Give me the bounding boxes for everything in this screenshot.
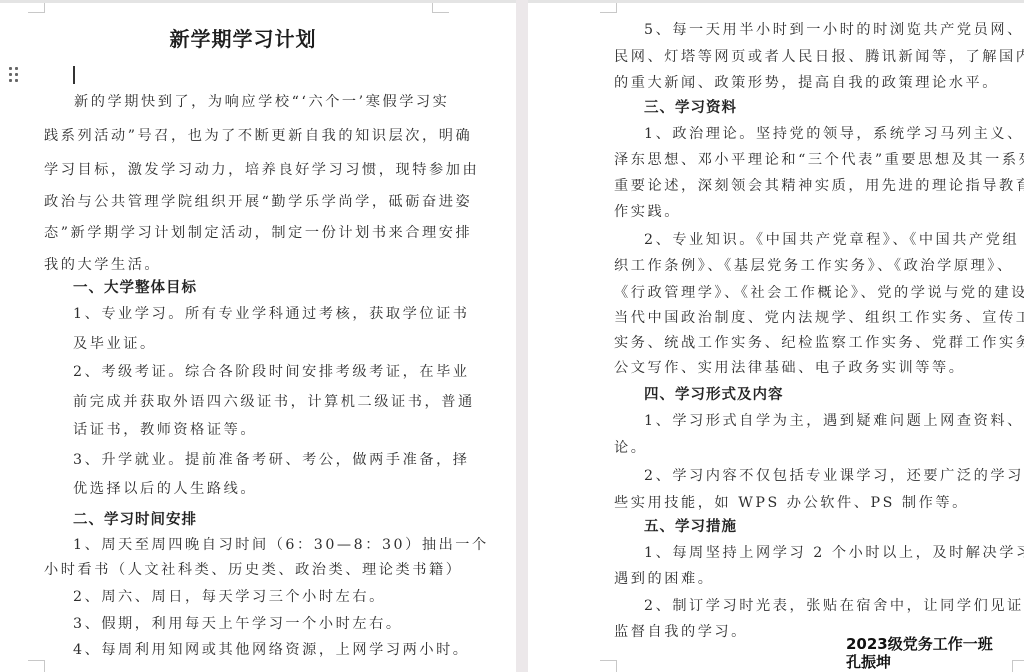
measures-line: 2、制订学习时光表，张贴在宿舍中，让同学们见证、	[644, 595, 1024, 615]
section-heading-materials: 三、学习资料	[644, 96, 737, 117]
materials-line: 重要论述，深刻领会其精神实质，用先进的理论指导教育工	[614, 175, 1024, 195]
schedule-line: 小时看书（人文社科类、历史类、政治类、理论类书籍）	[44, 559, 462, 579]
schedule-line: 的重大新闻、政策形势，提高自我的政策理论水平。	[614, 72, 999, 92]
intro-paragraph-line: 政治与公共管理学院组织开展“勤学乐学尚学，砥砺奋进姿	[44, 191, 472, 211]
schedule-line: 4、每周利用知网或其他网络资源，上网学习两小时。	[73, 639, 470, 659]
section-heading-goals: 一、大学整体目标	[73, 276, 197, 297]
materials-line: 泽东思想、邓小平理论和“三个代表”重要思想及其一系列	[614, 149, 1024, 169]
intro-paragraph-line: 我的大学生活。	[44, 254, 161, 274]
document-page-2[interactable]: 5、每一天用半小时到一小时的时浏览共产党员网、人 民网、灯塔等网页或者人民日报、…	[528, 3, 1024, 672]
materials-line: 公文写作、实用法律基础、电子政务实训等等。	[614, 357, 966, 377]
intro-paragraph-line: 新的学期快到了，为响应学校“‘六个一’寒假学习实	[74, 91, 449, 111]
goals-line: 1、专业学习。所有专业学科通过考核，获取学位证书	[73, 303, 470, 323]
materials-line: 《行政管理学》、《社会工作概论》、党的学说与党的建设、	[614, 282, 1024, 302]
format-line: 1、学习形式自学为主，遇到疑难问题上网查资料、讨	[644, 410, 1024, 430]
schedule-line: 3、假期，利用每天上午学习一个小时左右。	[73, 613, 403, 633]
intro-paragraph-line: 践系列活动”号召，也为了不断更新自我的知识层次，明确	[44, 125, 472, 145]
signature-name: 孔振坤	[846, 653, 891, 671]
intro-paragraph-line: 学习目标，激发学习动力，培养良好学习习惯，现特参加由	[44, 159, 479, 179]
section-heading-schedule: 二、学习时间安排	[73, 508, 197, 529]
margin-corner-mark	[28, 3, 45, 13]
margin-corner-mark	[28, 660, 45, 672]
document-page-1[interactable]: 新学期学习计划 新的学期快到了，为响应学校“‘六个一’寒假学习实 践系列活动”号…	[0, 3, 516, 672]
signature-class: 2023级党务工作一班	[846, 635, 993, 653]
margin-corner-mark	[600, 3, 617, 13]
goals-line: 优选择以后的人生路线。	[73, 478, 257, 498]
format-line: 论。	[614, 437, 647, 457]
schedule-line: 民网、灯塔等网页或者人民日报、腾讯新闻等，了解国内外	[614, 46, 1024, 66]
measures-line: 1、每周坚持上网学习 2 个小时以上，及时解决学习中	[644, 542, 1024, 562]
goals-line: 及毕业证。	[73, 333, 157, 353]
materials-line: 实务、统战工作实务、纪检监察工作实务、党群工作实务、	[614, 332, 1024, 352]
goals-line: 前完成并获取外语四六级证书，计算机二级证书，普通	[73, 391, 475, 411]
margin-corner-mark	[1012, 660, 1024, 672]
materials-line: 作实践。	[614, 201, 681, 221]
materials-line: 织工作条例》、《基层党务工作实务》、《政治学原理》、	[614, 255, 1014, 275]
section-heading-format: 四、学习形式及内容	[644, 383, 784, 404]
measures-line: 监督自我的学习。	[614, 621, 748, 641]
goals-line: 话证书，教师资格证等。	[73, 419, 257, 439]
format-line: 2、学习内容不仅包括专业课学习，还要广泛的学习一	[644, 465, 1024, 485]
format-line: 些实用技能，如 WPS 办公软件、PS 制作等。	[614, 492, 969, 512]
goals-line: 2、考级考证。综合各阶段时间安排考级考证，在毕业	[73, 361, 470, 381]
page-gap	[516, 0, 528, 672]
schedule-line: 2、周六、周日，每天学习三个小时左右。	[73, 586, 386, 606]
margin-corner-mark	[600, 660, 617, 672]
drag-handle-icon[interactable]	[9, 67, 21, 83]
text-cursor	[73, 66, 75, 84]
schedule-line: 1、周天至周四晚自习时间（6：30—8：30）抽出一个	[73, 534, 489, 554]
document-title: 新学期学习计划	[0, 23, 486, 52]
materials-line: 1、政治理论。坚持党的领导，系统学习马列主义、毛	[644, 123, 1024, 143]
section-heading-measures: 五、学习措施	[644, 515, 737, 536]
measures-line: 遇到的困难。	[614, 568, 714, 588]
materials-line: 2、专业知识。《中国共产党章程》、《中国共产党组	[644, 229, 1019, 249]
schedule-line: 5、每一天用半小时到一小时的时浏览共产党员网、人	[644, 19, 1024, 39]
materials-line: 当代中国政治制度、党内法规学、组织工作实务、宣传工作	[614, 307, 1024, 327]
intro-paragraph-line: 态”新学期学习计划制定活动，制定一份计划书来合理安排	[44, 222, 472, 242]
margin-corner-mark	[432, 3, 449, 13]
goals-line: 3、升学就业。提前准备考研、考公，做两手准备，择	[73, 449, 470, 469]
